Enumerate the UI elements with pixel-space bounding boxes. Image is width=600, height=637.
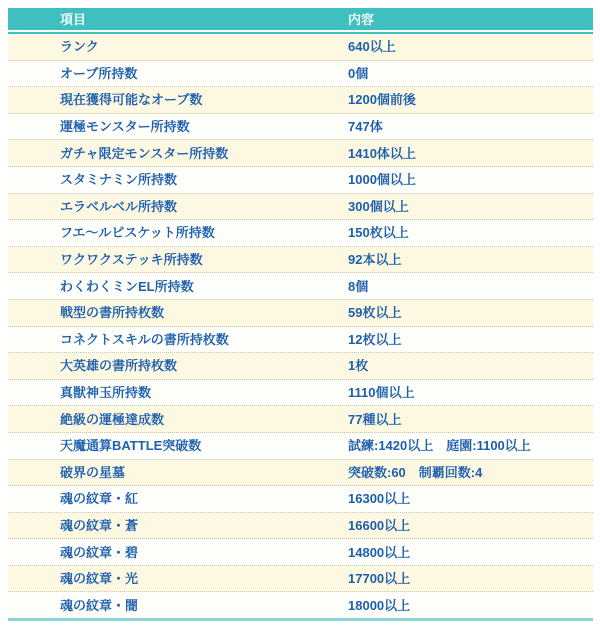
item-cell: オーブ所持数 xyxy=(8,67,348,80)
content-cell: 突破数:60 制覇回数:4 xyxy=(348,466,593,479)
table-row: 魂の紋章・碧 14800以上 xyxy=(8,539,593,566)
item-cell: 魂の紋章・蒼 xyxy=(8,519,348,532)
item-cell: コネクトスキルの書所持枚数 xyxy=(8,333,348,346)
item-cell: 戦型の書所持枚数 xyxy=(8,306,348,319)
table-bottom-border xyxy=(8,618,593,621)
table-row: ランク 640以上 xyxy=(8,34,593,61)
content-cell: 18000以上 xyxy=(348,599,593,612)
table-row: コネクトスキルの書所持枚数 12枚以上 xyxy=(8,327,593,354)
header-content-label: 内容 xyxy=(348,13,593,26)
content-cell: 92本以上 xyxy=(348,253,593,266)
status-table: 項目 内容 ランク 640以上 オーブ所持数 0個 現在獲得可能なオーブ数 12… xyxy=(8,8,593,621)
item-cell: 魂の紋章・紅 xyxy=(8,492,348,505)
item-cell: 破界の星墓 xyxy=(8,466,348,479)
table-row: 真獣神玉所持数 1110個以上 xyxy=(8,380,593,407)
content-cell: 試練:1420以上 庭園:1100以上 xyxy=(348,439,593,452)
table-row: スタミナミン所持数 1000個以上 xyxy=(8,167,593,194)
item-cell: 大英雄の書所持枚数 xyxy=(8,359,348,372)
content-cell: 1200個前後 xyxy=(348,93,593,106)
content-cell: 747体 xyxy=(348,120,593,133)
item-cell: ガチャ限定モンスター所持数 xyxy=(8,147,348,160)
content-cell: 16600以上 xyxy=(348,519,593,532)
item-cell: 魂の紋章・闇 xyxy=(8,599,348,612)
table-row: 絶級の運極達成数 77種以上 xyxy=(8,406,593,433)
item-cell: 現在獲得可能なオーブ数 xyxy=(8,93,348,106)
content-cell: 640以上 xyxy=(348,40,593,53)
table-row: 戦型の書所持枚数 59枚以上 xyxy=(8,300,593,327)
item-cell: 絶級の運極達成数 xyxy=(8,413,348,426)
item-cell: 運極モンスター所持数 xyxy=(8,120,348,133)
content-cell: 150枚以上 xyxy=(348,226,593,239)
item-cell: 真獣神玉所持数 xyxy=(8,386,348,399)
content-cell: 77種以上 xyxy=(348,413,593,426)
table-row: 魂の紋章・闇 18000以上 xyxy=(8,592,593,618)
content-cell: 1000個以上 xyxy=(348,173,593,186)
table-row: 天魔通算BATTLE突破数 試練:1420以上 庭園:1100以上 xyxy=(8,433,593,460)
table-row: 魂の紋章・光 17700以上 xyxy=(8,566,593,593)
content-cell: 59枚以上 xyxy=(348,306,593,319)
content-cell: 1410体以上 xyxy=(348,147,593,160)
content-cell: 1110個以上 xyxy=(348,386,593,399)
table-row: フエ～ルビスケット所持数 150枚以上 xyxy=(8,220,593,247)
content-cell: 17700以上 xyxy=(348,572,593,585)
item-cell: ワクワクステッキ所持数 xyxy=(8,253,348,266)
table-row: 運極モンスター所持数 747体 xyxy=(8,114,593,141)
table-row: 魂の紋章・蒼 16600以上 xyxy=(8,513,593,540)
table-row: 魂の紋章・紅 16300以上 xyxy=(8,486,593,513)
content-cell: 8個 xyxy=(348,280,593,293)
content-cell: 0個 xyxy=(348,67,593,80)
item-cell: エラベルベル所持数 xyxy=(8,200,348,213)
content-cell: 12枚以上 xyxy=(348,333,593,346)
content-cell: 16300以上 xyxy=(348,492,593,505)
table-row: ワクワクステッキ所持数 92本以上 xyxy=(8,247,593,274)
item-cell: 魂の紋章・碧 xyxy=(8,546,348,559)
item-cell: 天魔通算BATTLE突破数 xyxy=(8,439,348,452)
content-cell: 1枚 xyxy=(348,359,593,372)
item-cell: 魂の紋章・光 xyxy=(8,572,348,585)
table-row: 大英雄の書所持枚数 1枚 xyxy=(8,353,593,380)
table-row: ガチャ限定モンスター所持数 1410体以上 xyxy=(8,140,593,167)
content-cell: 300個以上 xyxy=(348,200,593,213)
item-cell: ランク xyxy=(8,40,348,53)
table-row: オーブ所持数 0個 xyxy=(8,61,593,88)
table-row: エラベルベル所持数 300個以上 xyxy=(8,194,593,221)
content-cell: 14800以上 xyxy=(348,546,593,559)
item-cell: わくわくミンEL所持数 xyxy=(8,280,348,293)
table-row: 現在獲得可能なオーブ数 1200個前後 xyxy=(8,87,593,114)
table-body: ランク 640以上 オーブ所持数 0個 現在獲得可能なオーブ数 1200個前後 … xyxy=(8,34,593,618)
table-header-row: 項目 内容 xyxy=(8,8,593,32)
table-row: わくわくミンEL所持数 8個 xyxy=(8,273,593,300)
item-cell: スタミナミン所持数 xyxy=(8,173,348,186)
item-cell: フエ～ルビスケット所持数 xyxy=(8,226,348,239)
header-item-label: 項目 xyxy=(8,13,348,26)
table-row: 破界の星墓 突破数:60 制覇回数:4 xyxy=(8,460,593,487)
